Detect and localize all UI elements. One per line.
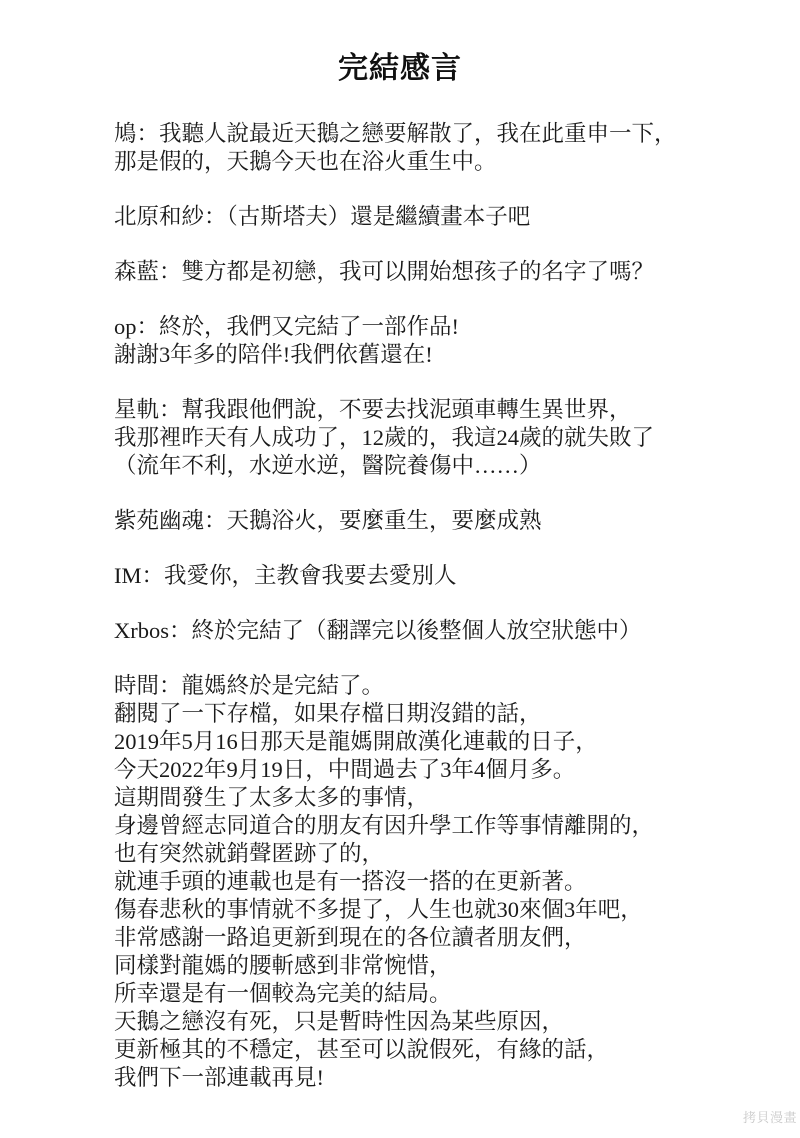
text-line: 身邊曾經志同道合的朋友有因升學工作等事情離開的， (114, 812, 730, 840)
text-line: 傷春悲秋的事情就不多提了，人生也就30來個3年吧， (114, 896, 730, 924)
text-line: （流年不利，水逆水逆，醫院養傷中……） (114, 452, 730, 480)
text-line: 我們下一部連載再見! (114, 1064, 730, 1092)
text-line: 那是假的，天鵝今天也在浴火重生中。 (114, 148, 730, 176)
paragraph: 森藍：雙方都是初戀，我可以開始想孩子的名字了嗎？ (114, 258, 730, 286)
text-line: 所幸還是有一個較為完美的結局。 (114, 980, 730, 1008)
paragraph: Xrbos：終於完結了（翻譯完以後整個人放空狀態中） (114, 617, 730, 645)
paragraph: 紫苑幽魂：天鵝浴火，要麼重生，要麼成熟 (114, 507, 730, 535)
text-line: 星軌：幫我跟他們說，不要去找泥頭車轉生異世界， (114, 396, 730, 424)
paragraph: 時間：龍媽終於是完結了。翻閱了一下存檔，如果存檔日期沒錯的話，2019年5月16… (114, 672, 730, 1092)
text-line: 時間：龍媽終於是完結了。 (114, 672, 730, 700)
text-line: 鳩：我聽人說最近天鵝之戀要解散了，我在此重申一下， (114, 120, 730, 148)
text-line: 紫苑幽魂：天鵝浴火，要麼重生，要麼成熟 (114, 507, 730, 535)
page-title: 完結感言 (0, 0, 800, 87)
text-line: Xrbos：終於完結了（翻譯完以後整個人放空狀態中） (114, 617, 730, 645)
text-line: 這期間發生了太多太多的事情， (114, 784, 730, 812)
afterword-page: 完結感言 鳩：我聽人說最近天鵝之戀要解散了，我在此重申一下，那是假的，天鵝今天也… (0, 0, 800, 1138)
text-line: 就連手頭的連載也是有一搭沒一搭的在更新著。 (114, 868, 730, 896)
text-line: 更新極其的不穩定，甚至可以說假死，有緣的話， (114, 1036, 730, 1064)
text-line: IM：我愛你，主教會我要去愛別人 (114, 562, 730, 590)
text-line: 非常感謝一路追更新到現在的各位讀者朋友們， (114, 924, 730, 952)
text-line: 謝謝3年多的陪伴!我們依舊還在! (114, 341, 730, 369)
text-line: 北原和紗：（古斯塔夫）還是繼續畫本子吧 (114, 203, 730, 231)
text-line: 翻閱了一下存檔，如果存檔日期沒錯的話， (114, 700, 730, 728)
watermark: 拷貝漫畫 (743, 1107, 797, 1126)
text-line: op：終於，我們又完結了一部作品! (114, 313, 730, 341)
paragraph: 星軌：幫我跟他們說，不要去找泥頭車轉生異世界，我那裡昨天有人成功了，12歲的，我… (114, 396, 730, 480)
paragraph: 北原和紗：（古斯塔夫）還是繼續畫本子吧 (114, 203, 730, 231)
text-line: 森藍：雙方都是初戀，我可以開始想孩子的名字了嗎？ (114, 258, 730, 286)
text-line: 2019年5月16日那天是龍媽開啟漢化連載的日子， (114, 728, 730, 756)
text-line: 同樣對龍媽的腰斬感到非常惋惜， (114, 952, 730, 980)
paragraph: op：終於，我們又完結了一部作品!謝謝3年多的陪伴!我們依舊還在! (114, 313, 730, 369)
afterword-body: 鳩：我聽人說最近天鵝之戀要解散了，我在此重申一下，那是假的，天鵝今天也在浴火重生… (0, 87, 800, 1092)
paragraph: IM：我愛你，主教會我要去愛別人 (114, 562, 730, 590)
text-line: 天鵝之戀沒有死，只是暫時性因為某些原因， (114, 1008, 730, 1036)
text-line: 今天2022年9月19日，中間過去了3年4個月多。 (114, 756, 730, 784)
paragraph: 鳩：我聽人說最近天鵝之戀要解散了，我在此重申一下，那是假的，天鵝今天也在浴火重生… (114, 120, 730, 176)
text-line: 我那裡昨天有人成功了，12歲的，我這24歲的就失敗了 (114, 424, 730, 452)
text-line: 也有突然就銷聲匿跡了的， (114, 840, 730, 868)
